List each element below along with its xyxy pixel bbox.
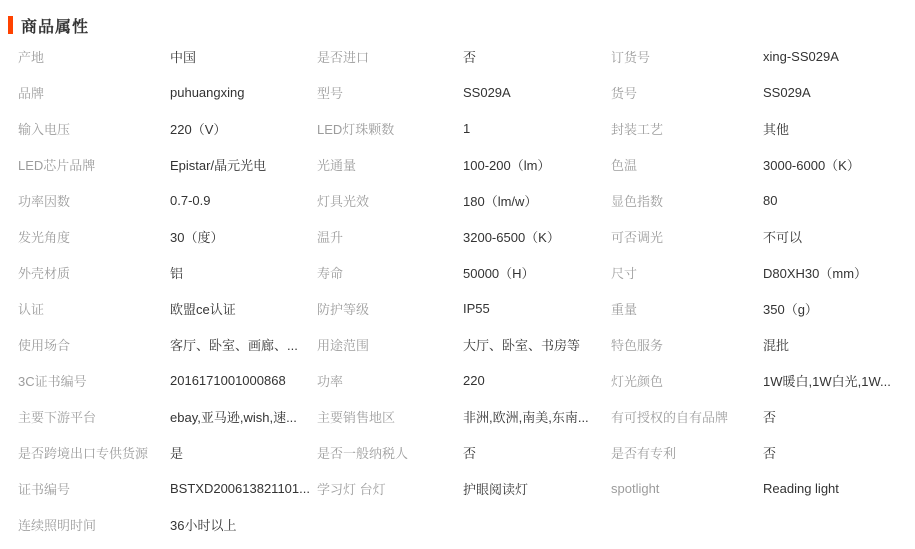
attribute-label: 有可授权的自有品牌 xyxy=(611,407,763,426)
attribute-label: 显色指数 xyxy=(611,191,763,210)
attribute-label: 输入电压 xyxy=(18,119,170,138)
attribute-label: 认证 xyxy=(18,299,170,318)
attribute-value: 护眼阅读灯 xyxy=(463,479,611,498)
attribute-label: 特色服务 xyxy=(611,335,763,354)
attribute-value: 3000-6000（K） xyxy=(763,155,915,174)
attribute-label: 主要下游平台 xyxy=(18,407,170,426)
attribute-value: 欧盟ce认证 xyxy=(170,299,317,318)
attribute-label: 灯具光效 xyxy=(317,191,463,210)
attribute-value: 铝 xyxy=(170,263,317,282)
attribute-label: 用途范围 xyxy=(317,335,463,354)
attribute-label: 功率 xyxy=(317,371,463,390)
attribute-label: 色温 xyxy=(611,155,763,174)
attribute-row: 产地中国是否进口否订货号xing-SS029A xyxy=(18,38,915,74)
attribute-value: SS029A xyxy=(463,85,611,100)
attribute-value: Epistar/晶元光电 xyxy=(170,155,317,174)
attribute-value: 80 xyxy=(763,193,915,208)
attribute-label: 光通量 xyxy=(317,155,463,174)
attribute-value: 2016171001000868 xyxy=(170,373,317,388)
attribute-row: 是否跨境出口专供货源是是否一般纳税人否是否有专利否 xyxy=(18,434,915,470)
attribute-row: 证书编号BSTXD200613821101...学习灯 台灯护眼阅读灯spotl… xyxy=(18,470,915,506)
attribute-value: 否 xyxy=(763,443,915,462)
attribute-value: 大厅、卧室、书房等 xyxy=(463,335,611,354)
attribute-label: 发光角度 xyxy=(18,227,170,246)
attribute-label: 使用场合 xyxy=(18,335,170,354)
attribute-label: 是否跨境出口专供货源 xyxy=(18,443,170,462)
attribute-label: 3C证书编号 xyxy=(18,371,170,390)
attribute-value: 50000（H） xyxy=(463,263,611,282)
attribute-label: 温升 xyxy=(317,227,463,246)
attribute-label: 灯光颜色 xyxy=(611,371,763,390)
attribute-value: Reading light xyxy=(763,481,915,496)
section-title: 商品属性 xyxy=(21,14,89,37)
attribute-value: puhuangxing xyxy=(170,85,317,100)
attribute-label: LED灯珠颗数 xyxy=(317,119,463,138)
attribute-value: 其他 xyxy=(763,119,915,138)
attribute-label: 防护等级 xyxy=(317,299,463,318)
attribute-label: 证书编号 xyxy=(18,479,170,498)
attribute-value: BSTXD200613821101... xyxy=(170,481,317,496)
attribute-row: 3C证书编号2016171001000868功率220灯光颜色1W暖白,1W白光… xyxy=(18,362,915,398)
attribute-value: 客厅、卧室、画廊、... xyxy=(170,335,317,354)
attribute-value: xing-SS029A xyxy=(763,49,915,64)
attribute-value: 非洲,欧洲,南美,东南... xyxy=(463,407,611,426)
attribute-label: 产地 xyxy=(18,47,170,66)
attribute-label: 学习灯 台灯 xyxy=(317,479,463,498)
attribute-label: 型号 xyxy=(317,83,463,102)
attribute-label: 尺寸 xyxy=(611,263,763,282)
attribute-label: 寿命 xyxy=(317,263,463,282)
attribute-row: 发光角度30（度）温升3200-6500（K）可否调光不可以 xyxy=(18,218,915,254)
attribute-label: 货号 xyxy=(611,83,763,102)
attribute-label: 外壳材质 xyxy=(18,263,170,282)
attribute-value: 3200-6500（K） xyxy=(463,227,611,246)
attribute-value: 否 xyxy=(763,407,915,426)
attribute-label: LED芯片品牌 xyxy=(18,155,170,174)
attribute-value: 100-200（lm） xyxy=(463,155,611,174)
attribute-label: 主要销售地区 xyxy=(317,407,463,426)
attribute-value: 30（度） xyxy=(170,227,317,246)
attribute-value: 中国 xyxy=(170,47,317,66)
attribute-label: 重量 xyxy=(611,299,763,318)
attribute-value: ebay,亚马逊,wish,速... xyxy=(170,407,317,426)
attribute-label: 连续照明时间 xyxy=(18,515,170,534)
section-header: 商品属性 xyxy=(0,0,915,38)
product-attributes-panel: 商品属性 产地中国是否进口否订货号xing-SS029A品牌puhuangxin… xyxy=(0,0,915,549)
attribute-row: 品牌puhuangxing型号SS029A货号SS029A xyxy=(18,74,915,110)
attribute-row: 连续照明时间36小时以上 xyxy=(18,506,915,542)
attribute-row: 认证欧盟ce认证防护等级IP55重量350（g） xyxy=(18,290,915,326)
attribute-label: 是否一般纳税人 xyxy=(317,443,463,462)
attribute-value: IP55 xyxy=(463,301,611,316)
attribute-value: 1 xyxy=(463,121,611,136)
attribute-value: 是 xyxy=(170,443,317,462)
attribute-value: 180（lm/w） xyxy=(463,191,611,210)
attributes-table: 产地中国是否进口否订货号xing-SS029A品牌puhuangxing型号SS… xyxy=(0,38,915,542)
attribute-value: 否 xyxy=(463,47,611,66)
attribute-value: SS029A xyxy=(763,85,915,100)
attribute-value: 0.7-0.9 xyxy=(170,193,317,208)
attribute-label: 品牌 xyxy=(18,83,170,102)
attribute-value: 220 xyxy=(463,373,611,388)
attribute-label: spotlight xyxy=(611,481,763,496)
attribute-value: D80XH30（mm） xyxy=(763,263,915,282)
attribute-label: 功率因数 xyxy=(18,191,170,210)
attribute-value: 350（g） xyxy=(763,299,915,318)
attribute-value: 不可以 xyxy=(763,227,915,246)
attribute-label: 是否进口 xyxy=(317,47,463,66)
attribute-label: 封装工艺 xyxy=(611,119,763,138)
attribute-value: 否 xyxy=(463,443,611,462)
attribute-row: 输入电压220（V）LED灯珠颗数1封装工艺其他 xyxy=(18,110,915,146)
attribute-value: 36小时以上 xyxy=(170,515,317,534)
attribute-row: LED芯片品牌Epistar/晶元光电光通量100-200（lm）色温3000-… xyxy=(18,146,915,182)
attribute-value: 1W暖白,1W白光,1W... xyxy=(763,371,915,390)
title-accent-bar xyxy=(8,16,13,34)
attribute-row: 功率因数0.7-0.9灯具光效180（lm/w）显色指数80 xyxy=(18,182,915,218)
attribute-label: 可否调光 xyxy=(611,227,763,246)
attribute-row: 外壳材质铝寿命50000（H）尺寸D80XH30（mm） xyxy=(18,254,915,290)
attribute-row: 使用场合客厅、卧室、画廊、...用途范围大厅、卧室、书房等特色服务混批 xyxy=(18,326,915,362)
attribute-value: 混批 xyxy=(763,335,915,354)
attribute-label: 订货号 xyxy=(611,47,763,66)
attribute-value: 220（V） xyxy=(170,119,317,138)
attribute-label: 是否有专利 xyxy=(611,443,763,462)
attribute-row: 主要下游平台ebay,亚马逊,wish,速...主要销售地区非洲,欧洲,南美,东… xyxy=(18,398,915,434)
